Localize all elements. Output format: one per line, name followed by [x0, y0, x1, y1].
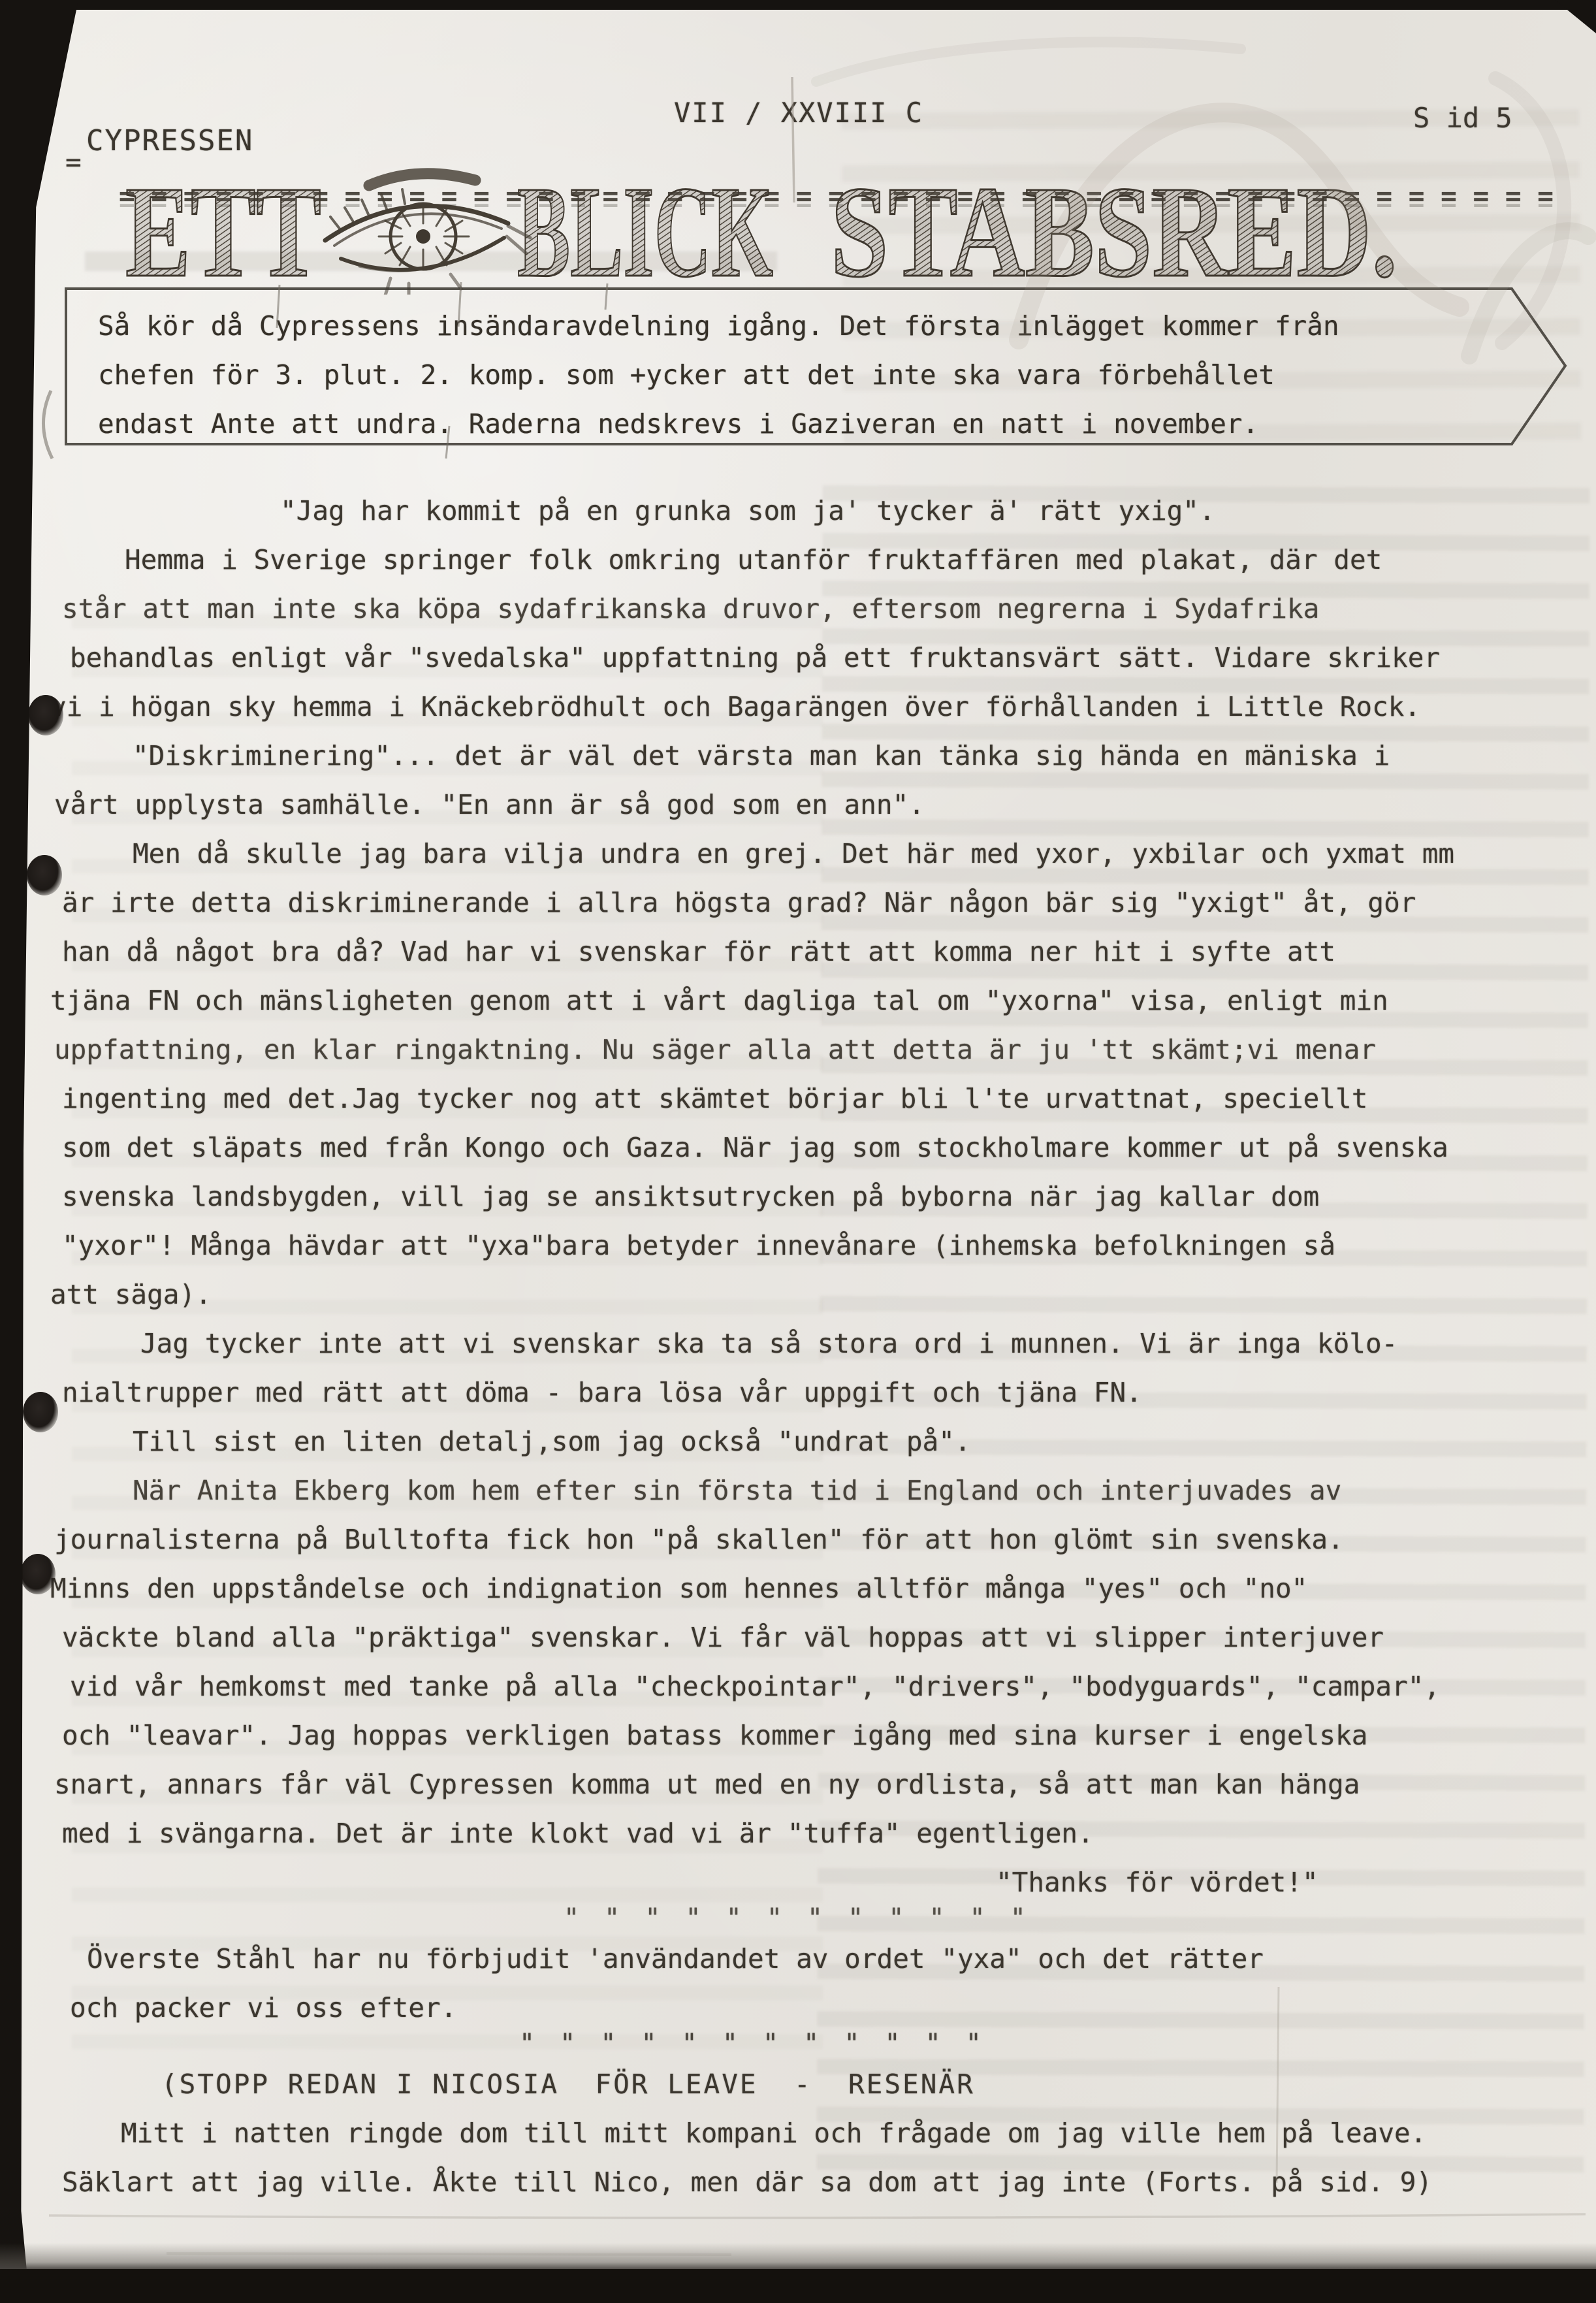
- article-line: När Anita Ekberg kom hem efter sin först…: [62, 1466, 1584, 1515]
- article-line: Säklart att jag ville. Åkte till Nico, m…: [62, 2158, 1584, 2207]
- article-line: Minns den uppståndelse och indignation s…: [50, 1564, 1584, 1613]
- article-line: att säga).: [50, 1270, 1584, 1319]
- punch-hole: [28, 695, 63, 735]
- article-line: "Diskriminering"... det är väl det värst…: [62, 732, 1584, 781]
- article-line: står att man inte ska köpa sydafrikanska…: [62, 585, 1584, 634]
- article-line: han då något bra då? Vad har vi svenskar…: [62, 927, 1584, 976]
- article-line: vi i högan sky hemma i Knäckebrödhult oc…: [50, 683, 1584, 732]
- article-line: är irte detta diskriminerande i allra hö…: [62, 878, 1584, 927]
- article-line: Jag tycker inte att vi svenskar ska ta s…: [70, 1319, 1584, 1368]
- article-line: "Thanks för vördet!": [50, 1858, 1584, 1907]
- article-line: som det släpats med från Kongo och Gaza.…: [62, 1123, 1584, 1172]
- issue-number: VII / XXVIII C: [674, 97, 923, 129]
- article-line: med i svängarna. Det är inte klokt vad v…: [62, 1809, 1584, 1858]
- intro-box-line: Så kör då Cypressens insändaravdelning i…: [98, 302, 1502, 351]
- scan-edge-bottom: [0, 2269, 1596, 2303]
- punch-hole: [27, 855, 62, 895]
- masthead-word-stabsred: STABSRED.: [831, 161, 1397, 295]
- article-line: tjäna FN och mänsligheten genom att i vå…: [50, 976, 1584, 1025]
- article-line: nialtrupper med rätt att döma - bara lös…: [62, 1368, 1584, 1417]
- article-line: Mitt i natten ringde dom till mitt kompa…: [50, 2109, 1584, 2158]
- article-line: ingenting med det.Jag tycker nog att skä…: [62, 1074, 1584, 1123]
- article-body: "Jag har kommit på en grunka som ja' tyc…: [62, 487, 1584, 2207]
- newsletter-title: CYPRESSEN: [86, 124, 253, 157]
- article-line: vid vår hemkomst med tanke på alla "chec…: [70, 1662, 1584, 1711]
- masthead-word-blick: BLICK: [517, 161, 773, 295]
- article-line: uppfattning, en klar ringaktning. Nu säg…: [54, 1025, 1584, 1074]
- article-line: journalisterna på Bulltofta fick hon "på…: [54, 1515, 1584, 1564]
- article-line: behandlas enligt vår "svedalska" uppfatt…: [70, 634, 1584, 683]
- article-line: Men då skulle jag bara vilja undra en gr…: [62, 829, 1584, 878]
- header-left-mark: =: [65, 146, 82, 178]
- masthead-word-ett: ETT: [125, 161, 321, 295]
- article-line: "Jag har kommit på en grunka som ja' tyc…: [62, 487, 1584, 536]
- article-line: " " " " " " " " " " " ": [62, 1907, 1584, 1935]
- article-line: Hemma i Sverige springer folk omkring ut…: [54, 536, 1584, 585]
- scan-edge-bottom-shadow: [0, 2243, 1596, 2270]
- article-line: väckte bland alla "präktiga" svenskar. V…: [62, 1613, 1584, 1662]
- punch-hole: [23, 1392, 58, 1432]
- punch-hole: [20, 1554, 56, 1594]
- scan-edge-top: [0, 0, 1596, 10]
- masthead: ETT BLICK STABSRED.: [118, 161, 1417, 295]
- intro-box-line: endast Ante att undra. Raderna nedskrevs…: [98, 400, 1502, 449]
- article-line: och packer vi oss efter.: [70, 1984, 1584, 2033]
- article-line: Till sist en liten detalj,som jag också …: [62, 1417, 1584, 1466]
- article-line: snart, annars får väl Cypressen komma ut…: [54, 1760, 1584, 1809]
- intro-box-line: chefen för 3. plut. 2. komp. som +ycker …: [98, 351, 1502, 400]
- article-line: och "leavar". Jag hoppas verkligen batas…: [62, 1711, 1584, 1760]
- article-line: vårt upplysta samhälle. "En ann är så go…: [54, 781, 1584, 829]
- article-line: " " " " " " " " " " " ": [62, 2033, 1584, 2060]
- scanned-newsletter-page: = CYPRESSEN VII / XXVIII C S id 5 = = = …: [0, 0, 1596, 2303]
- article-line: Överste Ståhl har nu förbjudit 'användan…: [62, 1935, 1584, 1984]
- article-line: "yxor"! Många hävdar att "yxa"bara betyd…: [62, 1221, 1584, 1270]
- intro-box: Så kör då Cypressens insändaravdelning i…: [98, 302, 1502, 449]
- page-number: S id 5: [1413, 102, 1512, 134]
- article-line: svenska landsbygden, vill jag se ansikts…: [62, 1172, 1584, 1221]
- article-line: (STOPP REDAN I NICOSIA FÖR LEAVE - RESEN…: [62, 2060, 1584, 2109]
- eye-icon: [325, 174, 530, 295]
